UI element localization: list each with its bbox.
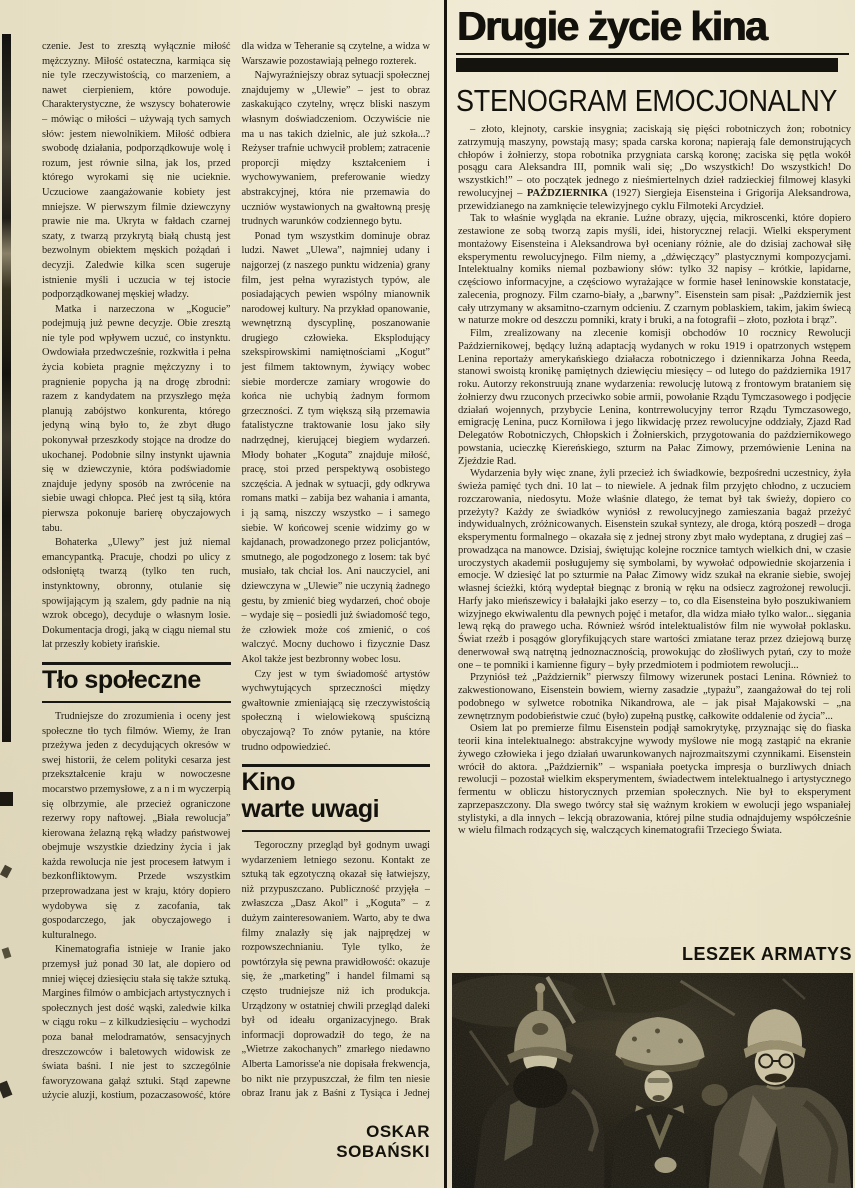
paragraph: Najwyraźniejszy obraz sytuacji społeczne… — [242, 69, 431, 230]
paragraph: Trudniejsze do zrozumienia i oceny jest … — [42, 710, 231, 944]
magazine-page: { "page": { "paper_color": "#ece4ca", "i… — [0, 0, 855, 1188]
paragraph: Czy jest w tym świadomość artystów wychw… — [242, 668, 431, 756]
film-still-photo — [452, 973, 853, 1188]
header-bar-black — [456, 58, 838, 72]
film-still-illustration — [452, 973, 853, 1188]
article-headline: STENOGRAM EMOCJONALNY — [456, 84, 837, 118]
left-article: czenie. Jest to zresztą wyłącznie miłość… — [42, 40, 430, 1110]
paragraph: Film, zrealizowany na zlecenie komisji o… — [458, 328, 851, 468]
section-heading-kino-warte-uwagi: Kino warte uwagi — [242, 764, 431, 832]
scan-edge-mark — [2, 947, 12, 959]
paragraph: – złoto, klejnoty, carskie insygnia; zac… — [458, 124, 851, 213]
right-article-body: – złoto, klejnoty, carskie insygnia; zac… — [458, 124, 851, 942]
paragraph: Osiem lat po premierze filmu Eisenstein … — [458, 723, 851, 838]
paragraph: Bohaterka „Ulewy” jest już niemal emancy… — [42, 536, 231, 653]
scan-edge-mark — [0, 1081, 12, 1099]
section-heading-tlo-spoleczne: Tło społeczne — [42, 662, 231, 703]
scan-edge-artifact — [2, 34, 11, 742]
column-title: Drugie życie kina — [457, 2, 853, 50]
paragraph: czenie. Jest to zresztą wyłącznie miłość… — [42, 40, 231, 303]
paragraph: Ponad tym wszystkim dominuje obraz ludzi… — [242, 230, 431, 668]
column-divider-rule — [444, 0, 447, 1188]
scan-edge-mark — [0, 865, 12, 878]
paragraph: Tak to właśnie wygląda na ekranie. Luźne… — [458, 213, 851, 328]
paragraph: Przyniósł też „Październik” pierwszy fil… — [458, 672, 851, 723]
film-title-bold: PAŹDZIERNIKA — [527, 188, 608, 199]
paragraph: Wydarzenia były więc znane, żyli przecie… — [458, 468, 851, 672]
paragraph: Matka i narzeczona w „Kogucie” podejmują… — [42, 303, 231, 537]
author-byline-leszek-armatys: LESZEK ARMATYS — [558, 944, 852, 964]
author-byline-oskar-sobanski: OSKAR SOBAŃSKI — [238, 1122, 430, 1162]
header-rule-thin — [456, 53, 849, 55]
scan-edge-mark — [0, 792, 13, 806]
